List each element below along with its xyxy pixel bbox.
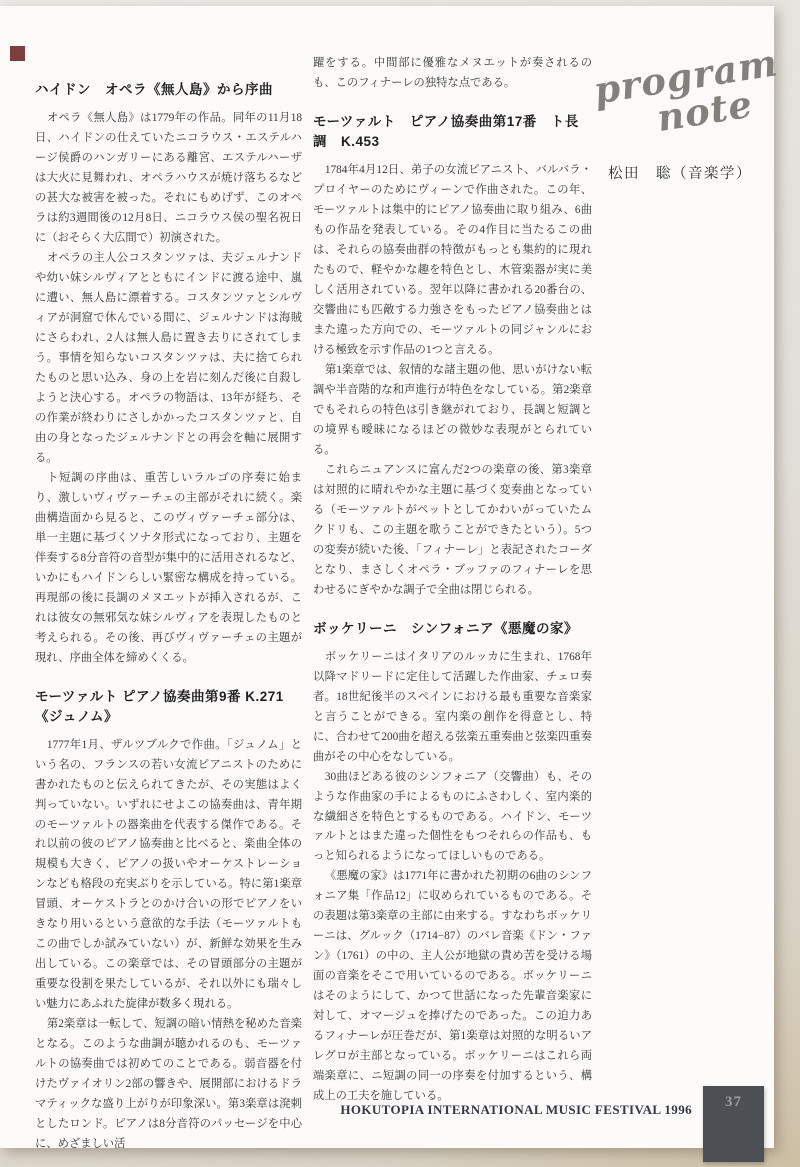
- right-text-column: 躍をする。中間部に優雅なメヌエットが奏されるのも、このフィナーレの独特な点である…: [313, 54, 592, 1107]
- paragraph-mozart9-2: 第2楽章は一転して、短調の暗い情熱を秘めた音楽となる。このような曲調が聴かれるの…: [35, 1015, 302, 1155]
- heading-mozart-concerto-9: モーツァルト ピアノ協奏曲第9番 K.271《ジュノム》: [35, 685, 302, 725]
- program-note-script-logo: program note: [592, 43, 800, 146]
- paragraph-mozart17-1: 1784年4月12日、弟子の女流ピアニスト、バルバラ・プロイヤーのためにヴィーン…: [313, 161, 592, 361]
- paragraph-mozart17-3: これらニュアンスに富んだ2つの楽章の後、第3楽章は対照的に晴れやかな主題に基づく…: [313, 461, 592, 601]
- heading-mozart-concerto-17: モーツァルト ピアノ協奏曲第17番 ト長調 K.453: [313, 110, 592, 150]
- paragraph-boccherini-1: ボッケリーニはイタリアのルッカに生まれ、1768年以降マドリードに定住して活躍し…: [313, 648, 592, 768]
- corner-square-mark: [10, 46, 25, 61]
- paragraph-haydn-3: ト短調の序曲は、重苦しいラルゴの序奏に始まり、激しいヴィヴァーチェの主部がそれに…: [35, 469, 302, 669]
- page-number-tab: 37: [703, 1086, 764, 1162]
- paragraph-haydn-2: オペラの主人公コスタンツァは、夫ジェルナンドや幼い妹シルヴィアとともにインドに渡…: [35, 249, 302, 469]
- heading-boccherini-sinfonia: ボッケリーニ シンフォニア《悪魔の家》: [313, 617, 592, 637]
- paragraph-boccherini-3: 《悪魔の家》は1771年に書かれた初期の6曲のシンフォニア集「作品12」に収めら…: [313, 867, 592, 1107]
- paragraph-mozart17-2: 第1楽章では、叙情的な諸主題の他、思いがけない転調や半音階的な和声進行が特色をな…: [313, 361, 592, 461]
- paragraph-mozart9-1: 1777年1月、ザルツブルクで作曲。「ジュノム」という名の、フランスの若い女流ピ…: [35, 736, 302, 1016]
- paragraph-haydn-1: オペラ《無人島》は1779年の作品。同年の11月18日、ハイドンの仕えていたニコ…: [35, 109, 302, 249]
- paragraph-mozart9-2-continued: 躍をする。中間部に優雅なメヌエットが奏されるのも、このフィナーレの独特な点である…: [313, 54, 592, 94]
- heading-haydn-overture: ハイドン オペラ《無人島》から序曲: [35, 78, 302, 98]
- page-number: 37: [703, 1094, 764, 1111]
- festival-footer-title: HOKUTOPIA INTERNATIONAL MUSIC FESTIVAL 1…: [290, 1102, 692, 1118]
- scanned-page: program note 松田 聡（音楽学） ハイドン オペラ《無人島》から序曲…: [0, 6, 774, 1148]
- left-text-column: ハイドン オペラ《無人島》から序曲 オペラ《無人島》は1779年の作品。同年の1…: [35, 78, 302, 1155]
- author-credit: 松田 聡（音楽学）: [608, 162, 752, 183]
- paragraph-boccherini-2: 30曲ほどある彼のシンフォニア（交響曲）も、そのような作曲家の手によるものにふさ…: [313, 768, 592, 868]
